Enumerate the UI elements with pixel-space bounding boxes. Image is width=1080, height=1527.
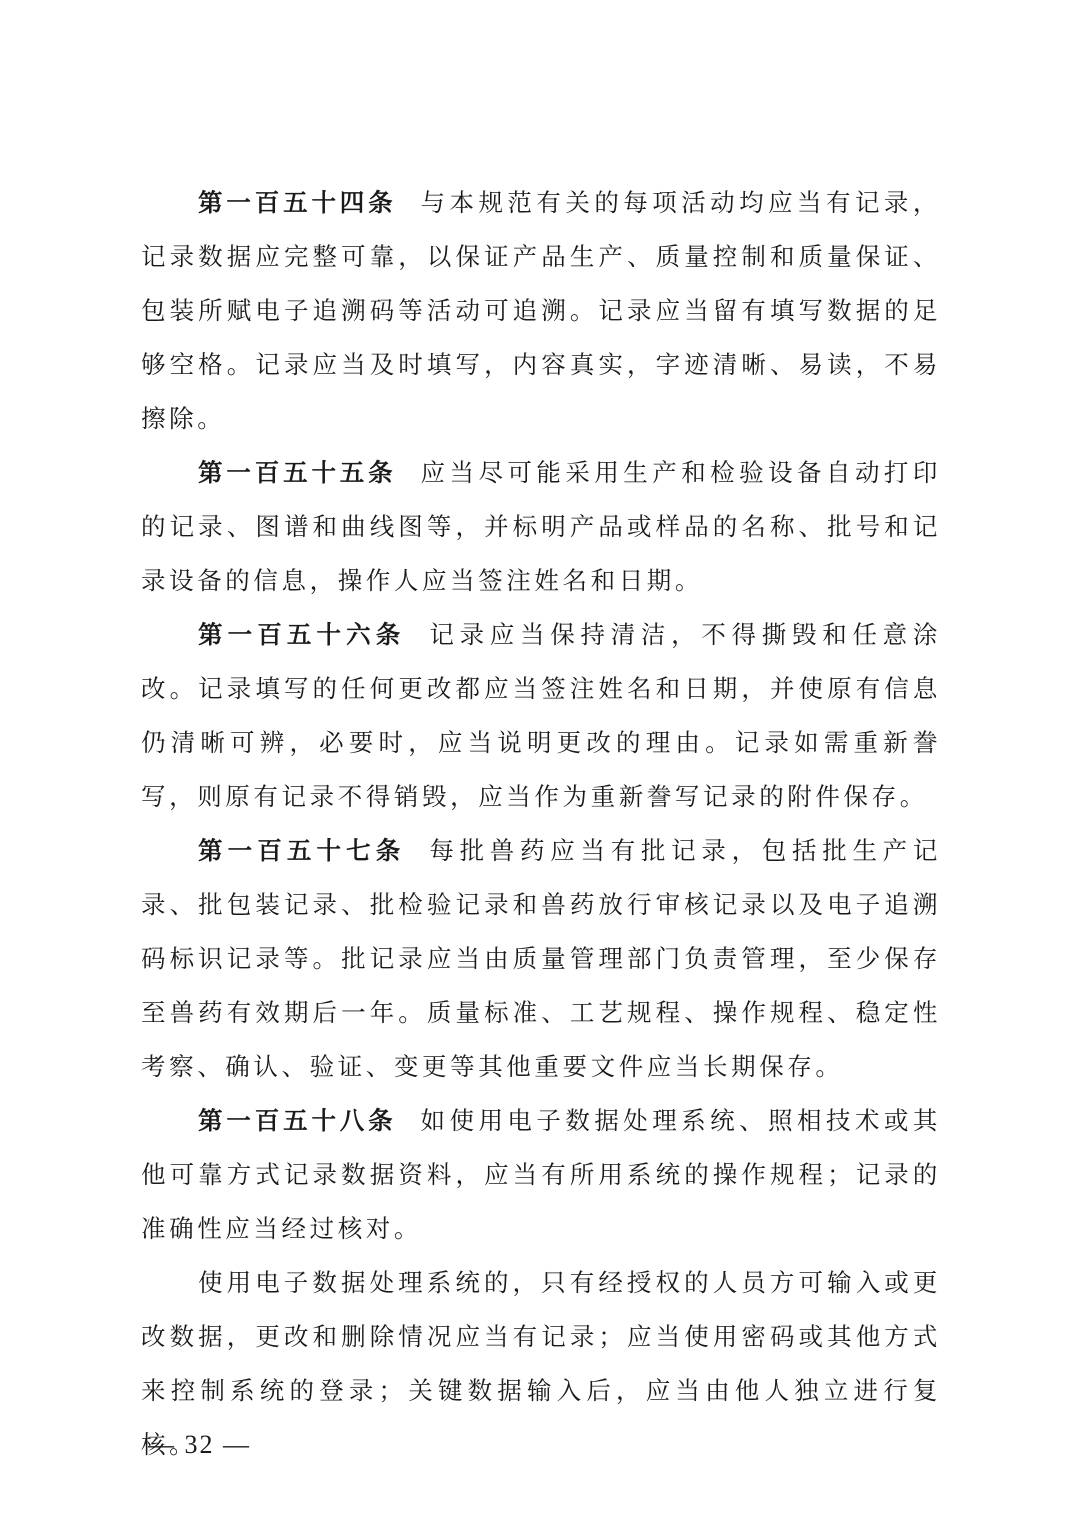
page-number: — 32 —	[148, 1430, 251, 1460]
article-title: 第一百五十四条	[198, 188, 397, 217]
article-title: 第一百五十五条	[198, 458, 397, 487]
article-155: 第一百五十五条应当尽可能采用生产和检验设备自动打印的记录、图谱和曲线图等，并标明…	[141, 446, 941, 608]
article-text: 与本规范有关的每项活动均应当有记录，记录数据应完整可靠，以保证产品生产、质量控制…	[141, 188, 941, 433]
article-157: 第一百五十七条每批兽药应当有批记录，包括批生产记录、批包装记录、批检验记录和兽药…	[141, 824, 941, 1094]
article-title: 第一百五十七条	[198, 836, 405, 865]
article-156: 第一百五十六条记录应当保持清洁，不得撕毁和任意涂改。记录填写的任何更改都应当签注…	[141, 608, 941, 824]
article-title: 第一百五十八条	[198, 1106, 397, 1135]
document-body: 第一百五十四条与本规范有关的每项活动均应当有记录，记录数据应完整可靠，以保证产品…	[141, 176, 941, 1472]
article-title: 第一百五十六条	[198, 620, 405, 649]
article-158: 第一百五十八条如使用电子数据处理系统、照相技术或其他可靠方式记录数据资料，应当有…	[141, 1094, 941, 1256]
paragraph-text: 使用电子数据处理系统的，只有经授权的人员方可输入或更改数据，更改和删除情况应当有…	[141, 1268, 941, 1459]
article-154: 第一百五十四条与本规范有关的每项活动均应当有记录，记录数据应完整可靠，以保证产品…	[141, 176, 941, 446]
article-158-continuation: 使用电子数据处理系统的，只有经授权的人员方可输入或更改数据，更改和删除情况应当有…	[141, 1256, 941, 1472]
article-text: 每批兽药应当有批记录，包括批生产记录、批包装记录、批检验记录和兽药放行审核记录以…	[141, 836, 941, 1081]
